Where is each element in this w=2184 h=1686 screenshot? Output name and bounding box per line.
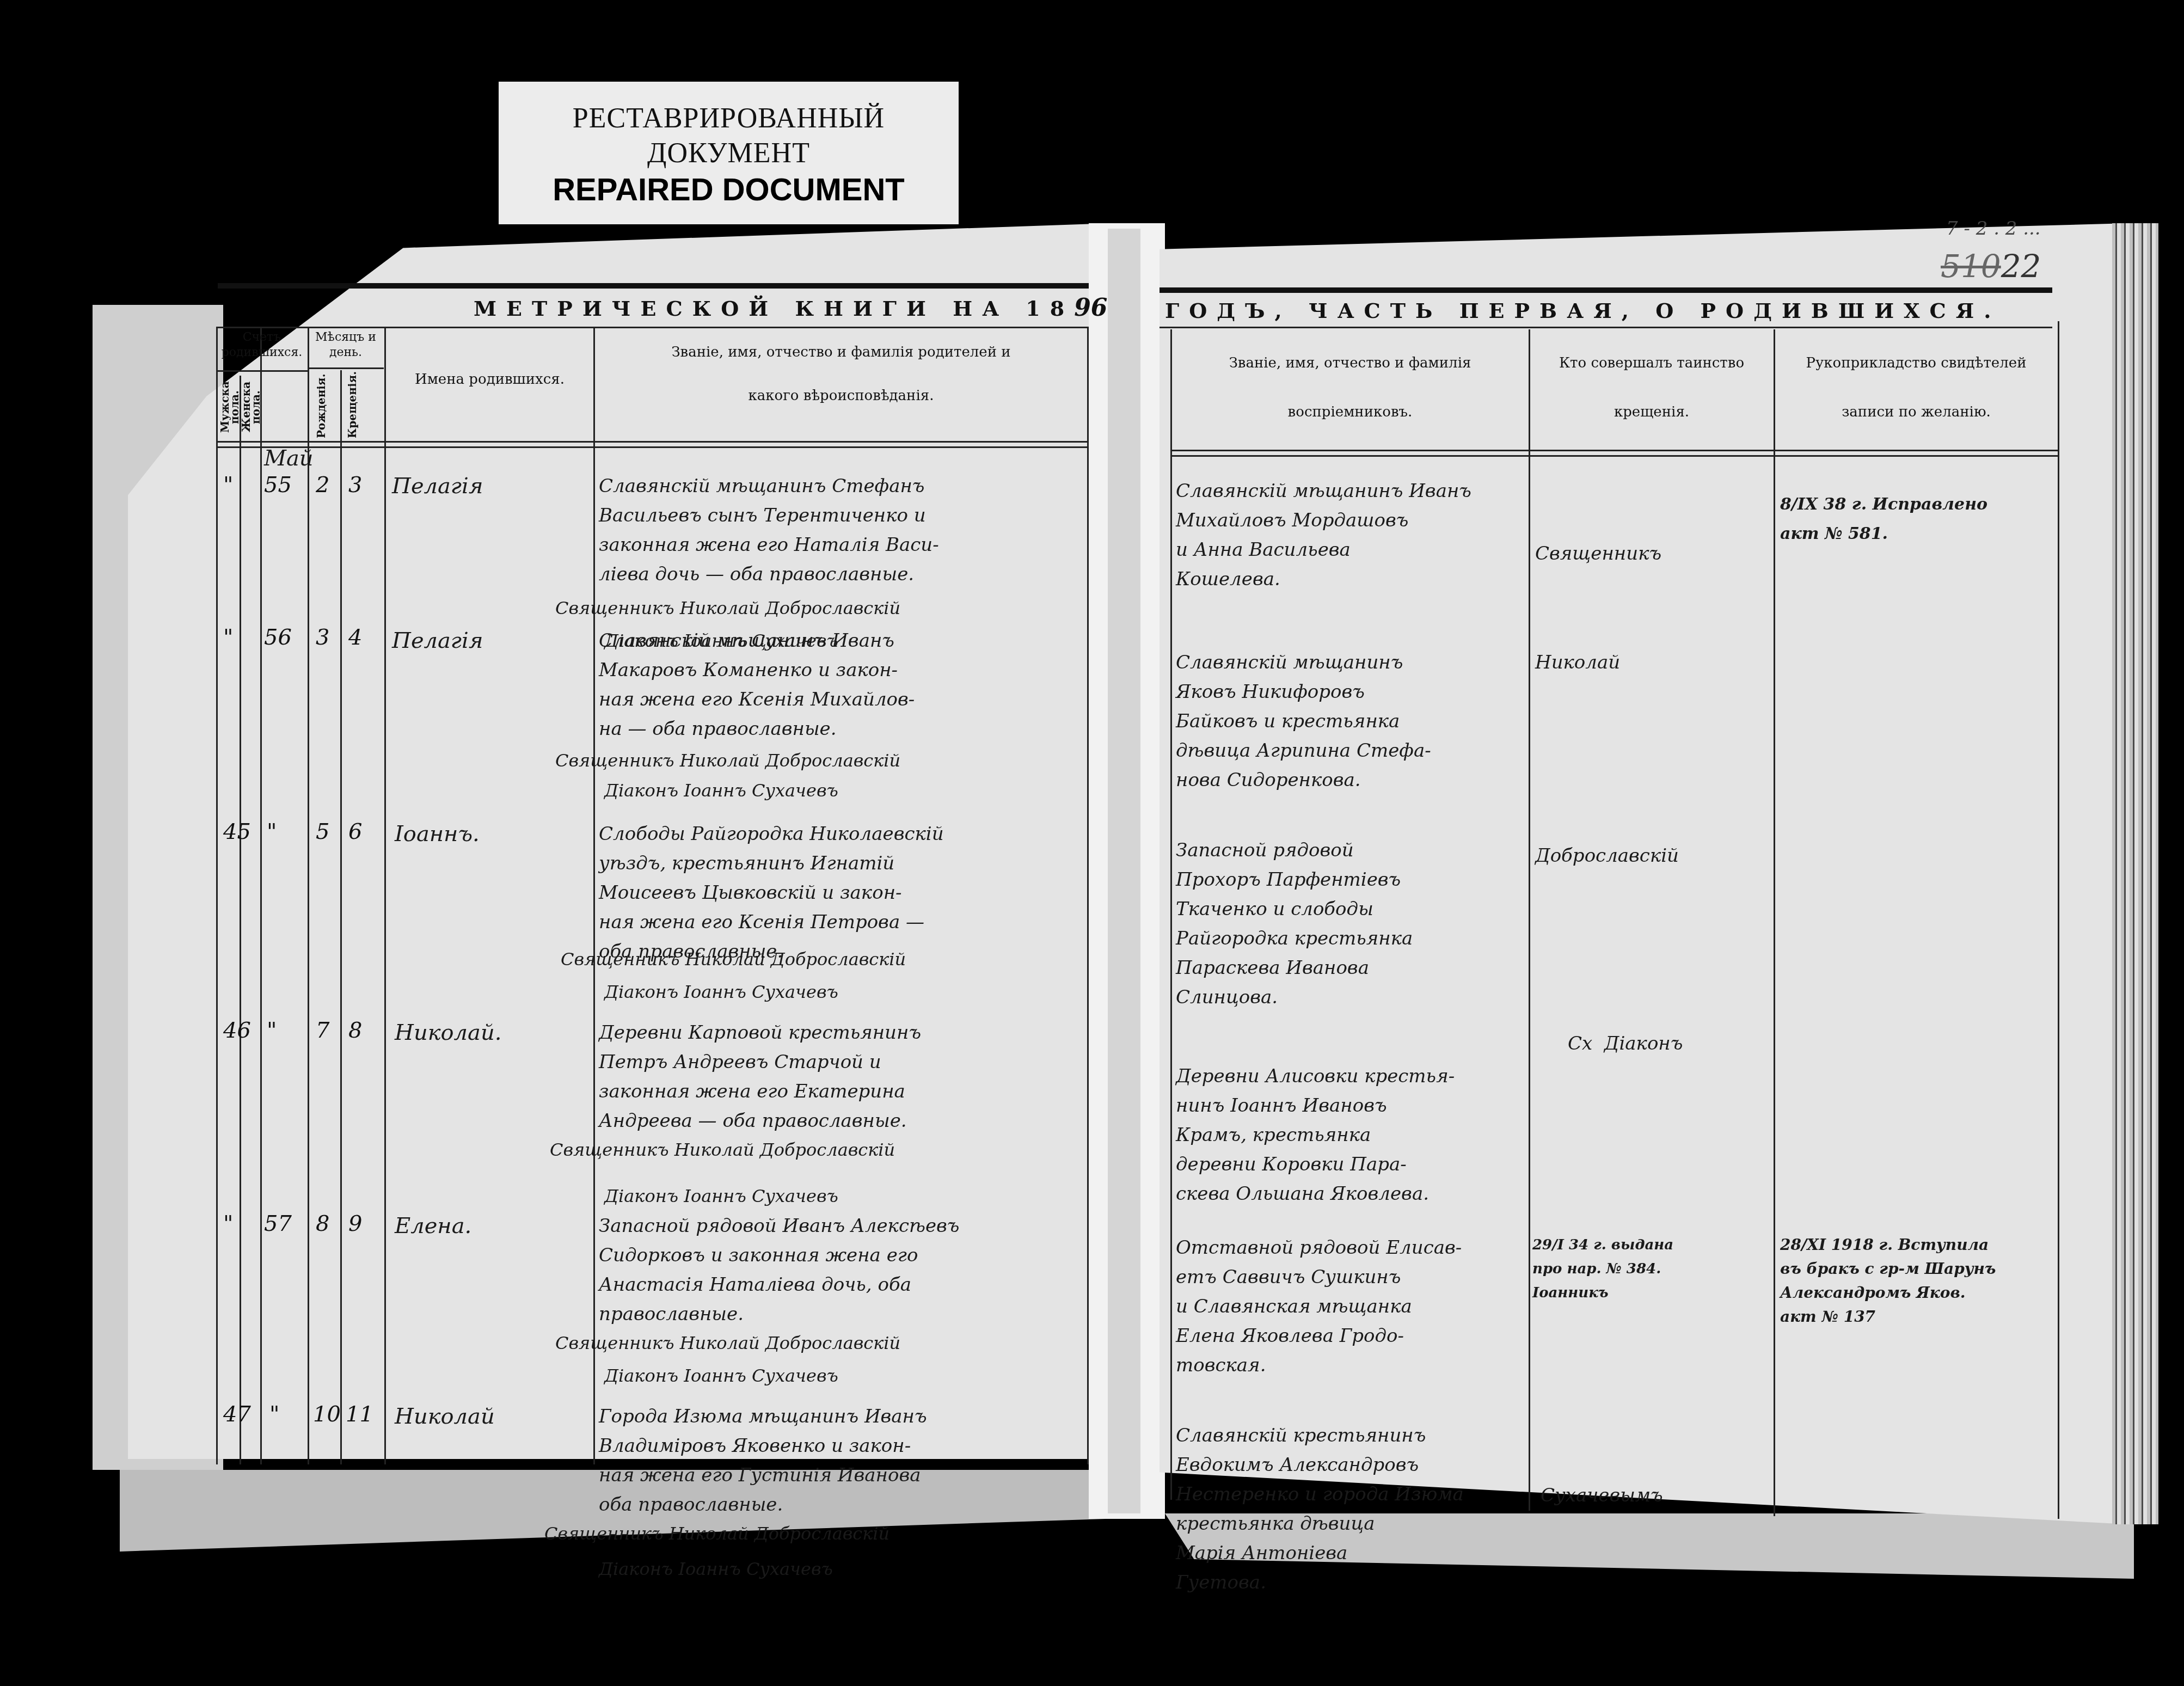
- record-baptism-day: 11: [346, 1402, 373, 1427]
- record-baptism-day: 8: [348, 1018, 362, 1043]
- record-child-name: Пелагія: [392, 471, 483, 501]
- title-rule-bottom-right: [1160, 327, 2052, 328]
- record-witness-note: 8/IX 38 г. Исправлено акт № 581.: [1780, 490, 1987, 549]
- record-godparents: Славянскій мѣщанинъ Яковъ Никифоровъ Бай…: [1176, 648, 1524, 795]
- page-number: 22: [2001, 248, 2041, 285]
- record-priest-signature: Священникъ Николай Доброславскій: [555, 593, 900, 623]
- record-male-count: 45: [223, 819, 251, 844]
- header-parents-line2: какого вѣроисповѣданія.: [596, 387, 1086, 405]
- record-deacon-signature: Діаконъ Іоаннъ Сухачевъ: [604, 1181, 838, 1211]
- record-baptism-day: 4: [348, 625, 362, 650]
- record-female-count: 56: [264, 625, 292, 650]
- label-line-ru-1: РЕСТАВРИРОВАННЫЙ: [499, 101, 959, 136]
- record-birth-day: 7: [316, 1018, 329, 1043]
- grid-subheader-count: [218, 370, 308, 372]
- grid-header-bottom-left: [218, 441, 1087, 448]
- record-baptism-day: 6: [348, 819, 362, 844]
- record-child-name: Іоаннъ.: [395, 819, 480, 849]
- grid-col-parents: [593, 327, 595, 1464]
- header-performed-by-line2: крещенія.: [1531, 403, 1772, 421]
- record-female-count: ": [267, 1018, 277, 1043]
- grid-left-border: [216, 327, 218, 1464]
- record-godparents: Отставной рядовой Елисав- етъ Саввичъ Су…: [1176, 1233, 1524, 1380]
- grid-right-page-right-border: [2058, 321, 2059, 1519]
- label-line-ru-2: ДОКУМЕНТ: [499, 136, 959, 171]
- record-female-count: 55: [264, 473, 292, 498]
- gutter-shadow: [1108, 229, 1140, 1513]
- record-parents: Города Изюма мѣщанинъ Иванъ Владиміровъ …: [599, 1402, 1083, 1519]
- header-male: Мужска пола.: [220, 376, 240, 438]
- title-rule-top-left: [218, 283, 1089, 289]
- record-birth-day: 2: [316, 473, 329, 498]
- record-parents: Славянскій мѣщанинъ Иванъ Макаровъ Коман…: [599, 626, 1083, 744]
- page-edges-right: [2112, 223, 2158, 1524]
- record-male-count: 47: [223, 1402, 251, 1427]
- record-witness-note: 28/XI 1918 г. Вступила въ бракъ с гр-м Ш…: [1780, 1233, 1996, 1329]
- title-rule-top-right: [1160, 287, 2052, 293]
- label-line-en: REPAIRED DOCUMENT: [499, 171, 959, 209]
- header-names: Имена родившихся.: [388, 370, 592, 389]
- record-parents: Славянскій мѣщанинъ Стефанъ Васильевъ сы…: [599, 471, 1083, 589]
- grid-header-bottom-right: [1170, 450, 2058, 457]
- record-priest-signature: Священникъ Николай Доброславскій: [555, 746, 900, 775]
- record-child-name: Пелагія: [392, 626, 483, 655]
- grid-col-birth: [308, 327, 309, 1464]
- record-birth-day: 10: [313, 1402, 341, 1427]
- record-child-name: Николай: [395, 1402, 495, 1431]
- record-priest-signature: Священникъ Николай Доброславскій: [561, 945, 906, 974]
- grid-col-baptism: [340, 370, 342, 1464]
- record-performed-by: Николай: [1535, 648, 1620, 677]
- record-female-count: 57: [264, 1211, 292, 1236]
- record-deacon-signature: Діаконъ Іоаннъ Сухачевъ: [604, 776, 838, 805]
- record-performed-by: 29/I 34 г. выдана про нар. № 384. Іоанни…: [1532, 1233, 1673, 1305]
- record-performed-by: Сухачевымъ: [1541, 1481, 1663, 1510]
- record-male-count: ": [223, 473, 233, 498]
- record-birth-day: 3: [316, 625, 329, 650]
- grid-col-performed-by: [1529, 329, 1530, 1511]
- title-rule-bottom-left: [218, 327, 1089, 328]
- record-performed-by: Сх Діаконъ: [1568, 1029, 1683, 1058]
- header-month-day-group: Мѣсяцъ и день.: [308, 330, 383, 360]
- record-parents: Запасной рядовой Иванъ Алексѣевъ Сидорко…: [599, 1211, 1083, 1329]
- register-title-left: МЕТРИЧЕСКОЙ КНИГИ НА 1896: [474, 294, 1107, 322]
- record-godparents: Деревни Алисовки крестья- нинъ Іоаннъ Ив…: [1176, 1062, 1524, 1209]
- record-deacon-signature: Діаконъ Іоаннъ Сухачевъ: [604, 1361, 838, 1390]
- title-text-left: МЕТРИЧЕСКОЙ КНИГИ НА 18: [474, 296, 1074, 321]
- record-birth-day: 5: [316, 819, 329, 844]
- record-priest-signature: Священникъ Николай Доброславскій: [544, 1519, 889, 1548]
- header-godparents-line1: Званіе, имя, отчество и фамилія: [1176, 354, 1524, 372]
- record-female-count: ": [267, 819, 277, 844]
- record-baptism-day: 3: [348, 473, 362, 498]
- record-priest-signature: Священникъ Николай Доброславскій: [550, 1135, 895, 1164]
- header-baptism: Крещенія.: [344, 376, 366, 438]
- grid-col-female: [260, 327, 262, 1464]
- repaired-document-label: РЕСТАВРИРОВАННЫЙ ДОКУМЕНТ REPAIRED DOCUM…: [499, 82, 959, 224]
- record-child-name: Елена.: [395, 1211, 471, 1241]
- record-birth-day: 8: [316, 1211, 329, 1236]
- grid-right-page-left-border: [1170, 329, 1172, 1500]
- grid-subheader-date: [308, 367, 384, 369]
- record-male-count: 46: [223, 1018, 251, 1043]
- record-child-name: Николай.: [395, 1018, 501, 1047]
- record-deacon-signature: Діаконъ Іоаннъ Сухачевъ: [599, 1554, 833, 1584]
- record-performed-by: Доброславскій: [1535, 841, 1679, 870]
- grid-right-border: [1087, 327, 1089, 1464]
- record-godparents: Славянскій крестьянинъ Евдокимъ Александ…: [1176, 1421, 1524, 1597]
- record-deacon-signature: Діаконъ Іоаннъ Сухачевъ: [604, 977, 838, 1007]
- grid-col-male: [240, 376, 241, 1464]
- header-female: Женска пола.: [241, 376, 261, 438]
- header-witnesses-line2: записи по желанію.: [1776, 403, 2057, 421]
- record-baptism-day: 9: [348, 1211, 362, 1236]
- record-priest-signature: Священникъ Николай Доброславскій: [555, 1328, 900, 1358]
- record-parents: Деревни Карповой крестьянинъ Петръ Андре…: [599, 1018, 1083, 1136]
- page-number-stamp: 51022: [1941, 248, 2041, 285]
- record-performed-by: Священникъ: [1535, 539, 1661, 568]
- grid-col-names: [384, 327, 386, 1464]
- record-godparents: Запасной рядовой Прохоръ Парфентіевъ Тка…: [1176, 836, 1524, 1012]
- year-handwritten: 96: [1074, 294, 1107, 322]
- header-godparents-line2: воспріемниковъ.: [1176, 403, 1524, 421]
- header-witnesses-line1: Рукоприкладство свидѣтелей: [1776, 354, 2057, 372]
- month-heading: Май: [264, 444, 314, 473]
- grid-col-witnesses: [1774, 329, 1775, 1516]
- header-birth: Рожденія.: [313, 376, 335, 438]
- register-title-right: ГОДЪ, ЧАСТЬ ПЕРВАЯ, О РОДИВШИХСЯ.: [1165, 298, 2001, 323]
- archive-marks: 7 - 2 . 2 ...: [1946, 218, 2041, 240]
- record-male-count: ": [223, 1211, 233, 1236]
- record-female-count: ": [269, 1402, 279, 1427]
- struck-page-number: 510: [1941, 248, 2001, 285]
- header-performed-by-line1: Кто совершалъ таинство: [1531, 354, 1772, 372]
- header-count-group: Счетъ родившихся.: [218, 330, 306, 360]
- header-parents-line1: Званіе, имя, отчество и фамилія родителе…: [596, 343, 1086, 361]
- record-godparents: Славянскій мѣщанинъ Иванъ Михайловъ Морд…: [1176, 476, 1524, 594]
- record-male-count: ": [223, 625, 233, 650]
